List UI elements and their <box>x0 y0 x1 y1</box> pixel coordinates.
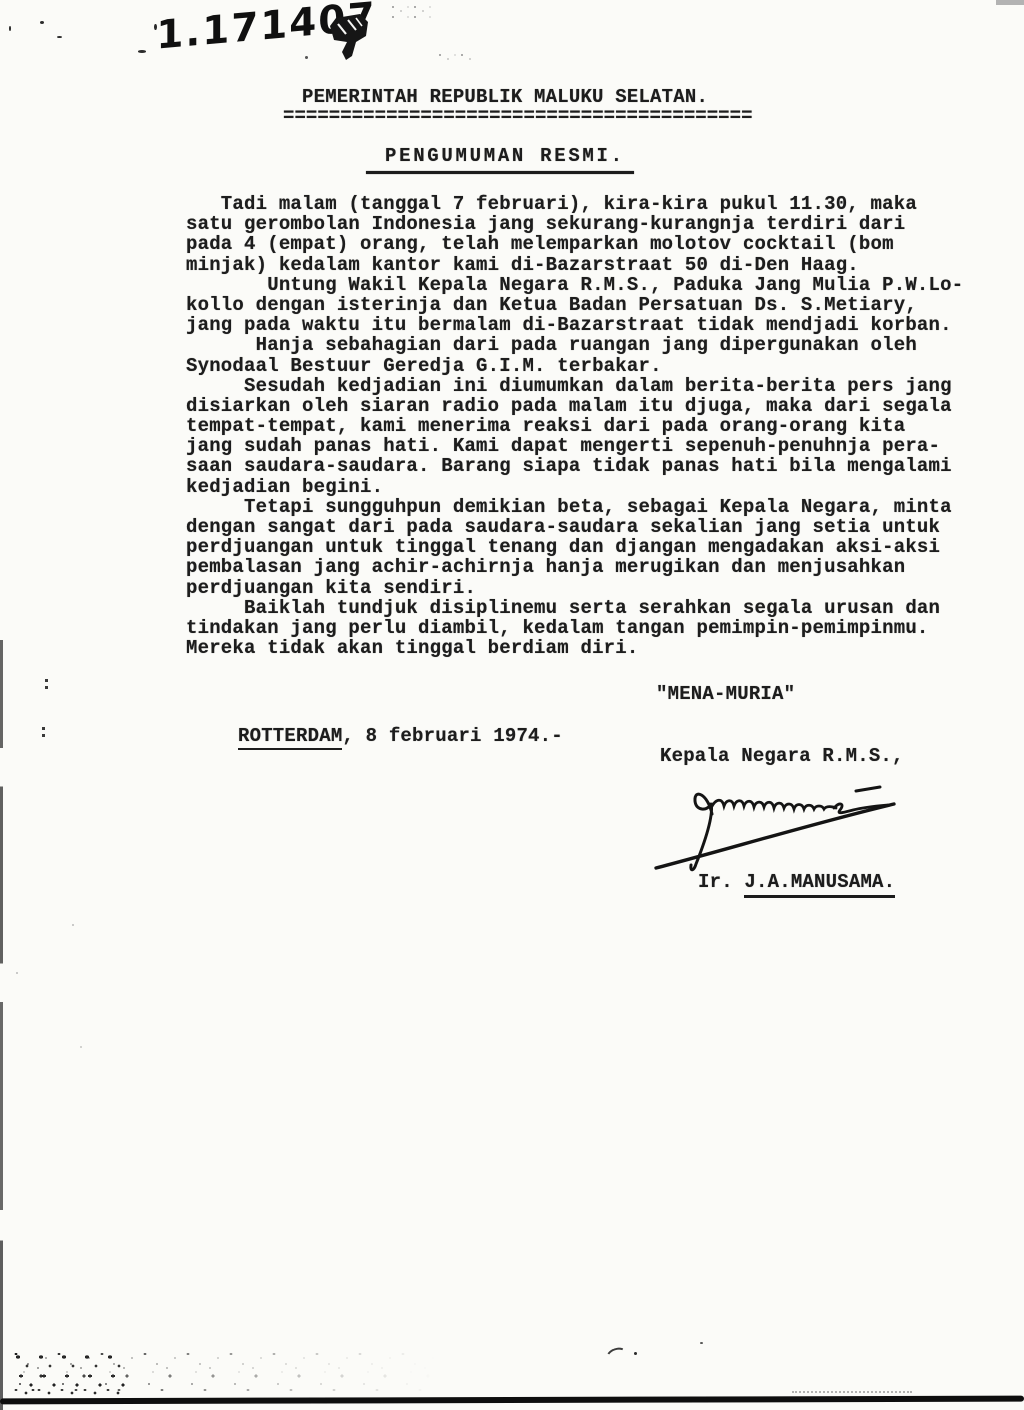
scan-edge-line <box>0 640 3 1410</box>
scan-noise <box>78 1044 88 1050</box>
body-line: dengan sangat dari pada saudara-saudara … <box>186 517 963 537</box>
scan-noise <box>437 52 471 62</box>
ink-stamp-icon <box>326 12 374 69</box>
scan-edge-shadow <box>996 0 1024 5</box>
scan-speck <box>154 24 157 30</box>
scan-speck <box>634 1352 637 1355</box>
body-line: saan saudara-saudara. Barang siapa tidak… <box>186 456 963 476</box>
signatory-name: Ir. J.A.MANUSAMA. <box>698 872 895 892</box>
scan-speck <box>138 50 146 53</box>
body-line: disiarkan oleh siaran radio pada malam i… <box>186 396 963 416</box>
scan-speck <box>57 36 62 38</box>
scan-noise <box>390 4 434 18</box>
body-line: Hanja sebahagian dari pada ruangan jang … <box>186 335 963 355</box>
motto: "MENA-MURIA" <box>656 684 795 704</box>
body-line: pembalasan jang achir-achirnja hanja mer… <box>186 557 963 577</box>
scan-smudge-dense <box>12 1352 127 1396</box>
date: , 8 februari 1974.- <box>342 725 562 747</box>
heading-underline <box>366 171 634 174</box>
signatory-prefix: Ir. <box>698 871 744 893</box>
document-page: 1.171407 PEMERINTAH REPUBLIK MALUKU SELA… <box>0 0 1024 1410</box>
signatory-underlined-name: J.A.MANUSAMA. <box>744 871 895 898</box>
scan-bottom-edge <box>0 1396 1024 1404</box>
scan-speck <box>700 1342 703 1344</box>
scan-speck <box>40 21 44 24</box>
scan-noise <box>70 922 80 928</box>
header-divider: ========================================… <box>283 106 753 126</box>
announcement-heading: PENGUMUMAN RESMI. <box>385 146 625 166</box>
body-line: Tetapi sungguhpun demikian beta, sebagai… <box>186 497 963 517</box>
body-line: Untung Wakil Kepala Negara R.M.S., Paduk… <box>186 275 963 295</box>
body-line: Synodaal Bestuur Geredja G.I.M. terbakar… <box>186 356 963 376</box>
page-title: PEMERINTAH REPUBLIK MALUKU SELATAN. <box>302 87 708 107</box>
scan-dotted-line <box>792 1391 912 1393</box>
body-line: tindakan jang perlu diambil, kedalam tan… <box>186 618 963 638</box>
scan-speck <box>305 56 308 59</box>
body-line: satu gerombolan Indonesia jang sekurang-… <box>186 214 963 234</box>
body-line: pada 4 (empat) orang, telah melemparkan … <box>186 234 963 254</box>
body-text: Tadi malam (tanggal 7 februari), kira-ki… <box>186 194 963 658</box>
body-line: kedjadian begini. <box>186 477 963 497</box>
handwritten-signature <box>648 778 904 879</box>
scan-noise <box>14 970 22 978</box>
body-line: Tadi malam (tanggal 7 februari), kira-ki… <box>186 194 963 214</box>
place-and-date: ROTTERDAM, 8 februari 1974.- <box>238 726 563 746</box>
margin-mark <box>45 679 48 682</box>
body-line: Sesudah kedjadian ini diumumkan dalam be… <box>186 376 963 396</box>
body-line: Mereka tidak akan tinggal berdiam diri. <box>186 638 963 658</box>
body-line: tempat-tempat, kami menerima reaksi dari… <box>186 416 963 436</box>
body-line: kollo dengan isterinja dan Ketua Badan P… <box>186 295 963 315</box>
margin-mark <box>42 727 45 730</box>
signature-title: Kepala Negara R.M.S., <box>660 746 904 766</box>
body-line: minjak) kedalam kantor kami di-Bazarstra… <box>186 255 963 275</box>
place: ROTTERDAM <box>238 725 342 750</box>
body-line: jang pada waktu itu bermalam di-Bazarstr… <box>186 315 963 335</box>
body-line: perdjuangan untuk tinggal tenang dan dja… <box>186 537 963 557</box>
scan-mark <box>604 1345 630 1367</box>
body-line: Baiklah tundjuk disiplinemu serta serahk… <box>186 598 963 618</box>
body-line: perdjuangan kita sendiri. <box>186 578 963 598</box>
scan-speck <box>9 26 11 31</box>
body-line: jang sudah panas hati. Kami dapat menger… <box>186 436 963 456</box>
